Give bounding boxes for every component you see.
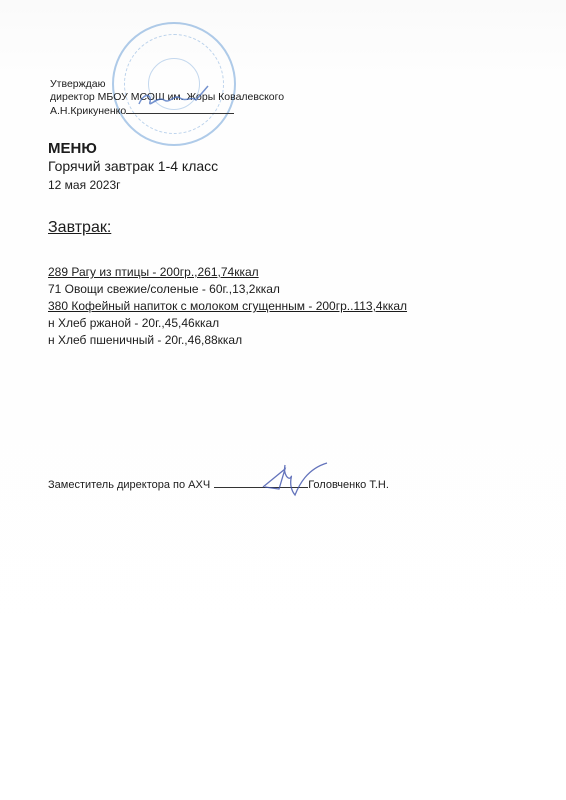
menu-item: 380 Кофейный напиток с молоком сгущенным…: [48, 298, 407, 315]
menu-item: н Хлеб пшеничный - 20г.,46,88ккал: [48, 332, 407, 349]
menu-item: 289 Рагу из птицы - 200гр.,261,74ккал: [48, 264, 407, 281]
menu-title: МЕНЮ: [48, 140, 97, 157]
director-signature-icon: [134, 82, 214, 112]
deputy-signature-icon: [255, 455, 330, 500]
section-heading: Завтрак:: [48, 219, 111, 237]
footer-position: Заместитель директора по АХЧ: [48, 479, 210, 491]
menu-date: 12 мая 2023г: [48, 178, 121, 192]
footer-signature: Заместитель директора по АХЧГоловченко Т…: [48, 478, 389, 491]
menu-item: н Хлеб ржаной - 20г.,45,46ккал: [48, 315, 407, 332]
document-page: Утверждаю директор МБОУ МСОШ им. Жоры Ко…: [0, 0, 566, 800]
menu-item: 71 Овощи свежие/соленые - 60г.,13,2ккал: [48, 281, 407, 298]
menu-items: 289 Рагу из птицы - 200гр.,261,74ккал 71…: [48, 264, 407, 349]
menu-subtitle: Горячий завтрак 1-4 класс: [48, 158, 218, 174]
